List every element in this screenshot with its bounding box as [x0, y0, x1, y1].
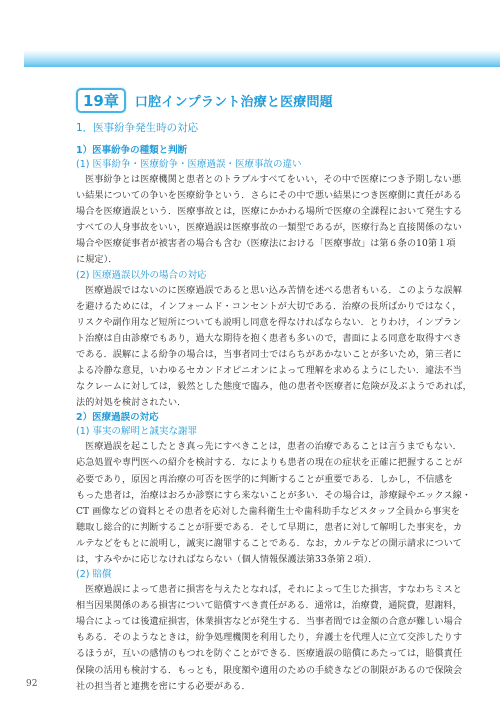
subsection-title: 2）医療過誤の対応 [76, 411, 492, 425]
chapter-title: 口腔インプラント治療と医療問題 [135, 91, 333, 110]
paragraph: 医療過誤を起こしたとき真っ先にすべきことは，患者の治療であることは言うまでもない… [76, 439, 492, 568]
subsection-title: 1）医事紛争の種類と判断 [76, 144, 492, 158]
paragraph: 医療過誤によって患者に損害を与えたとなれば，それによって生じた損害，すなわちミス… [76, 582, 492, 695]
text-line: もった患者は，治療はおろか診察にすら来ないことが多い．その場合は，診療録やエック… [76, 488, 492, 504]
text-line: 医療過誤によって患者に損害を与えたとなれば，それによって生じた損害，すなわちミス… [76, 582, 492, 598]
item-title: (2) 賠償 [76, 568, 492, 582]
item-title: (1) 事実の解明と誠実な謝罪 [76, 425, 492, 439]
text-line: なクレームに対しては，毅然とした態度で臨み，他の患者や医療者に危険が及ぶようであ… [76, 379, 492, 395]
chapter-badge: 19章 [76, 88, 126, 113]
text-line: を避けるためには，インフォームド・コンセントが大切である．治療の長所ばかりではな… [76, 299, 492, 315]
page-content: 1．医事紛争発生時の対応 1）医事紛争の種類と判断 (1) 医事紛争・医療紛争・… [76, 120, 492, 695]
text-line: は，すみやかに応じなければならない（個人情報保護法第33条第２項）． [76, 552, 492, 568]
text-line: 法的対処を検討されたい． [76, 395, 492, 411]
text-line: 保険の活用も検討する．もっとも，限度額や適用のための手続きなどの制限があるので保… [76, 663, 492, 679]
text-line: 医療過誤ではないのに医療過誤であると思い込み苦情を述べる患者もいる．このような誤… [76, 283, 492, 299]
text-line: リスクや副作用など短所についても説明し同意を得なければならない．とりわけ，インプ… [76, 315, 492, 331]
text-line: よる冷静な意見，いわゆるセカンドオピニオンによって理解を求めるようにしたい．違法… [76, 363, 492, 379]
item-title: (1) 医事紛争・医療紛争・医療過誤・医療事故の違い [76, 158, 492, 172]
text-line: ト治療は自由診療でもあり，過大な期待を抱く患者も多いので，書面による同意を取得す… [76, 331, 492, 347]
paragraph: 医事紛争とは医療機関と患者とのトラブルすべてをいい，その中で医療につき予期しない… [76, 172, 492, 269]
section-title: 1．医事紛争発生時の対応 [76, 120, 492, 136]
header-bar [24, 50, 500, 67]
text-line: 場合によっては後遺症損害，休業損害などが発生する．当事者間では金額の合意が難しい… [76, 614, 492, 630]
text-line: CT 画像などの資料とその患者を応対した歯科衛生士や歯科助手などスタッフ全員から… [76, 504, 492, 520]
text-line: 聴取し総合的に判断することが肝要である．そして早期に，患者に対して解明した事実を… [76, 520, 492, 536]
text-line: もある．そのようなときは，紛争処理機関を利用したり，弁護士を代理人に立て交渉した… [76, 630, 492, 646]
text-line: い結果についての争いを医療紛争という．さらにその中で悪い結果につき医療側に責任が… [76, 188, 492, 204]
text-line: るほうが，互いの感情のもつれを防ぐことができる．医療過誤の賠償にあたっては，賠償… [76, 646, 492, 662]
paragraph: 医療過誤ではないのに医療過誤であると思い込み苦情を述べる患者もいる．このような誤… [76, 283, 492, 412]
text-line: ルテなどをもとに説明し，誠実に謝罪することである．なお，カルテなどの開示請求につ… [76, 536, 492, 552]
text-line: 社の担当者と連携を密にする必要がある． [76, 679, 492, 695]
text-line: である．誤解による紛争の場合は，当事者同士ではらちがあかないことが多いため，第三… [76, 347, 492, 363]
text-line: 医療過誤を起こしたとき真っ先にすべきことは，患者の治療であることは言うまでもない… [76, 439, 492, 455]
text-line: 必要であり，原因と再治療の可否を医学的に判断することが重要である．しかし，不信感… [76, 472, 492, 488]
chapter-heading: 19章 口腔インプラント治療と医療問題 [76, 88, 333, 113]
text-line: すべての人身事故をいい，医療過誤は医療事故の一類型であるが，医療行為と直接関係の… [76, 220, 492, 236]
text-line: 医事紛争とは医療機関と患者とのトラブルすべてをいい，その中で医療につき予期しない… [76, 172, 492, 188]
text-line: 応急処置や専門医への紹介を検討する．なによりも患者の現在の症状を正確に把握するこ… [76, 455, 492, 471]
page-number: 92 [26, 679, 37, 689]
text-line: 場合や医療従事者が被害者の場合も含む（医療法における「医療事故」は第６条の10第… [76, 236, 492, 252]
text-line: 場合を医療過誤という．医療事故とは，医療にかかわる場所で医療の全課程において発生… [76, 204, 492, 220]
text-line: に規定）． [76, 252, 492, 268]
item-title: (2) 医療過誤以外の場合の対応 [76, 269, 492, 283]
text-line: 相当因果関係のある損害について賠償すべき責任がある．通常は，治療費，通院費，慰謝… [76, 598, 492, 614]
